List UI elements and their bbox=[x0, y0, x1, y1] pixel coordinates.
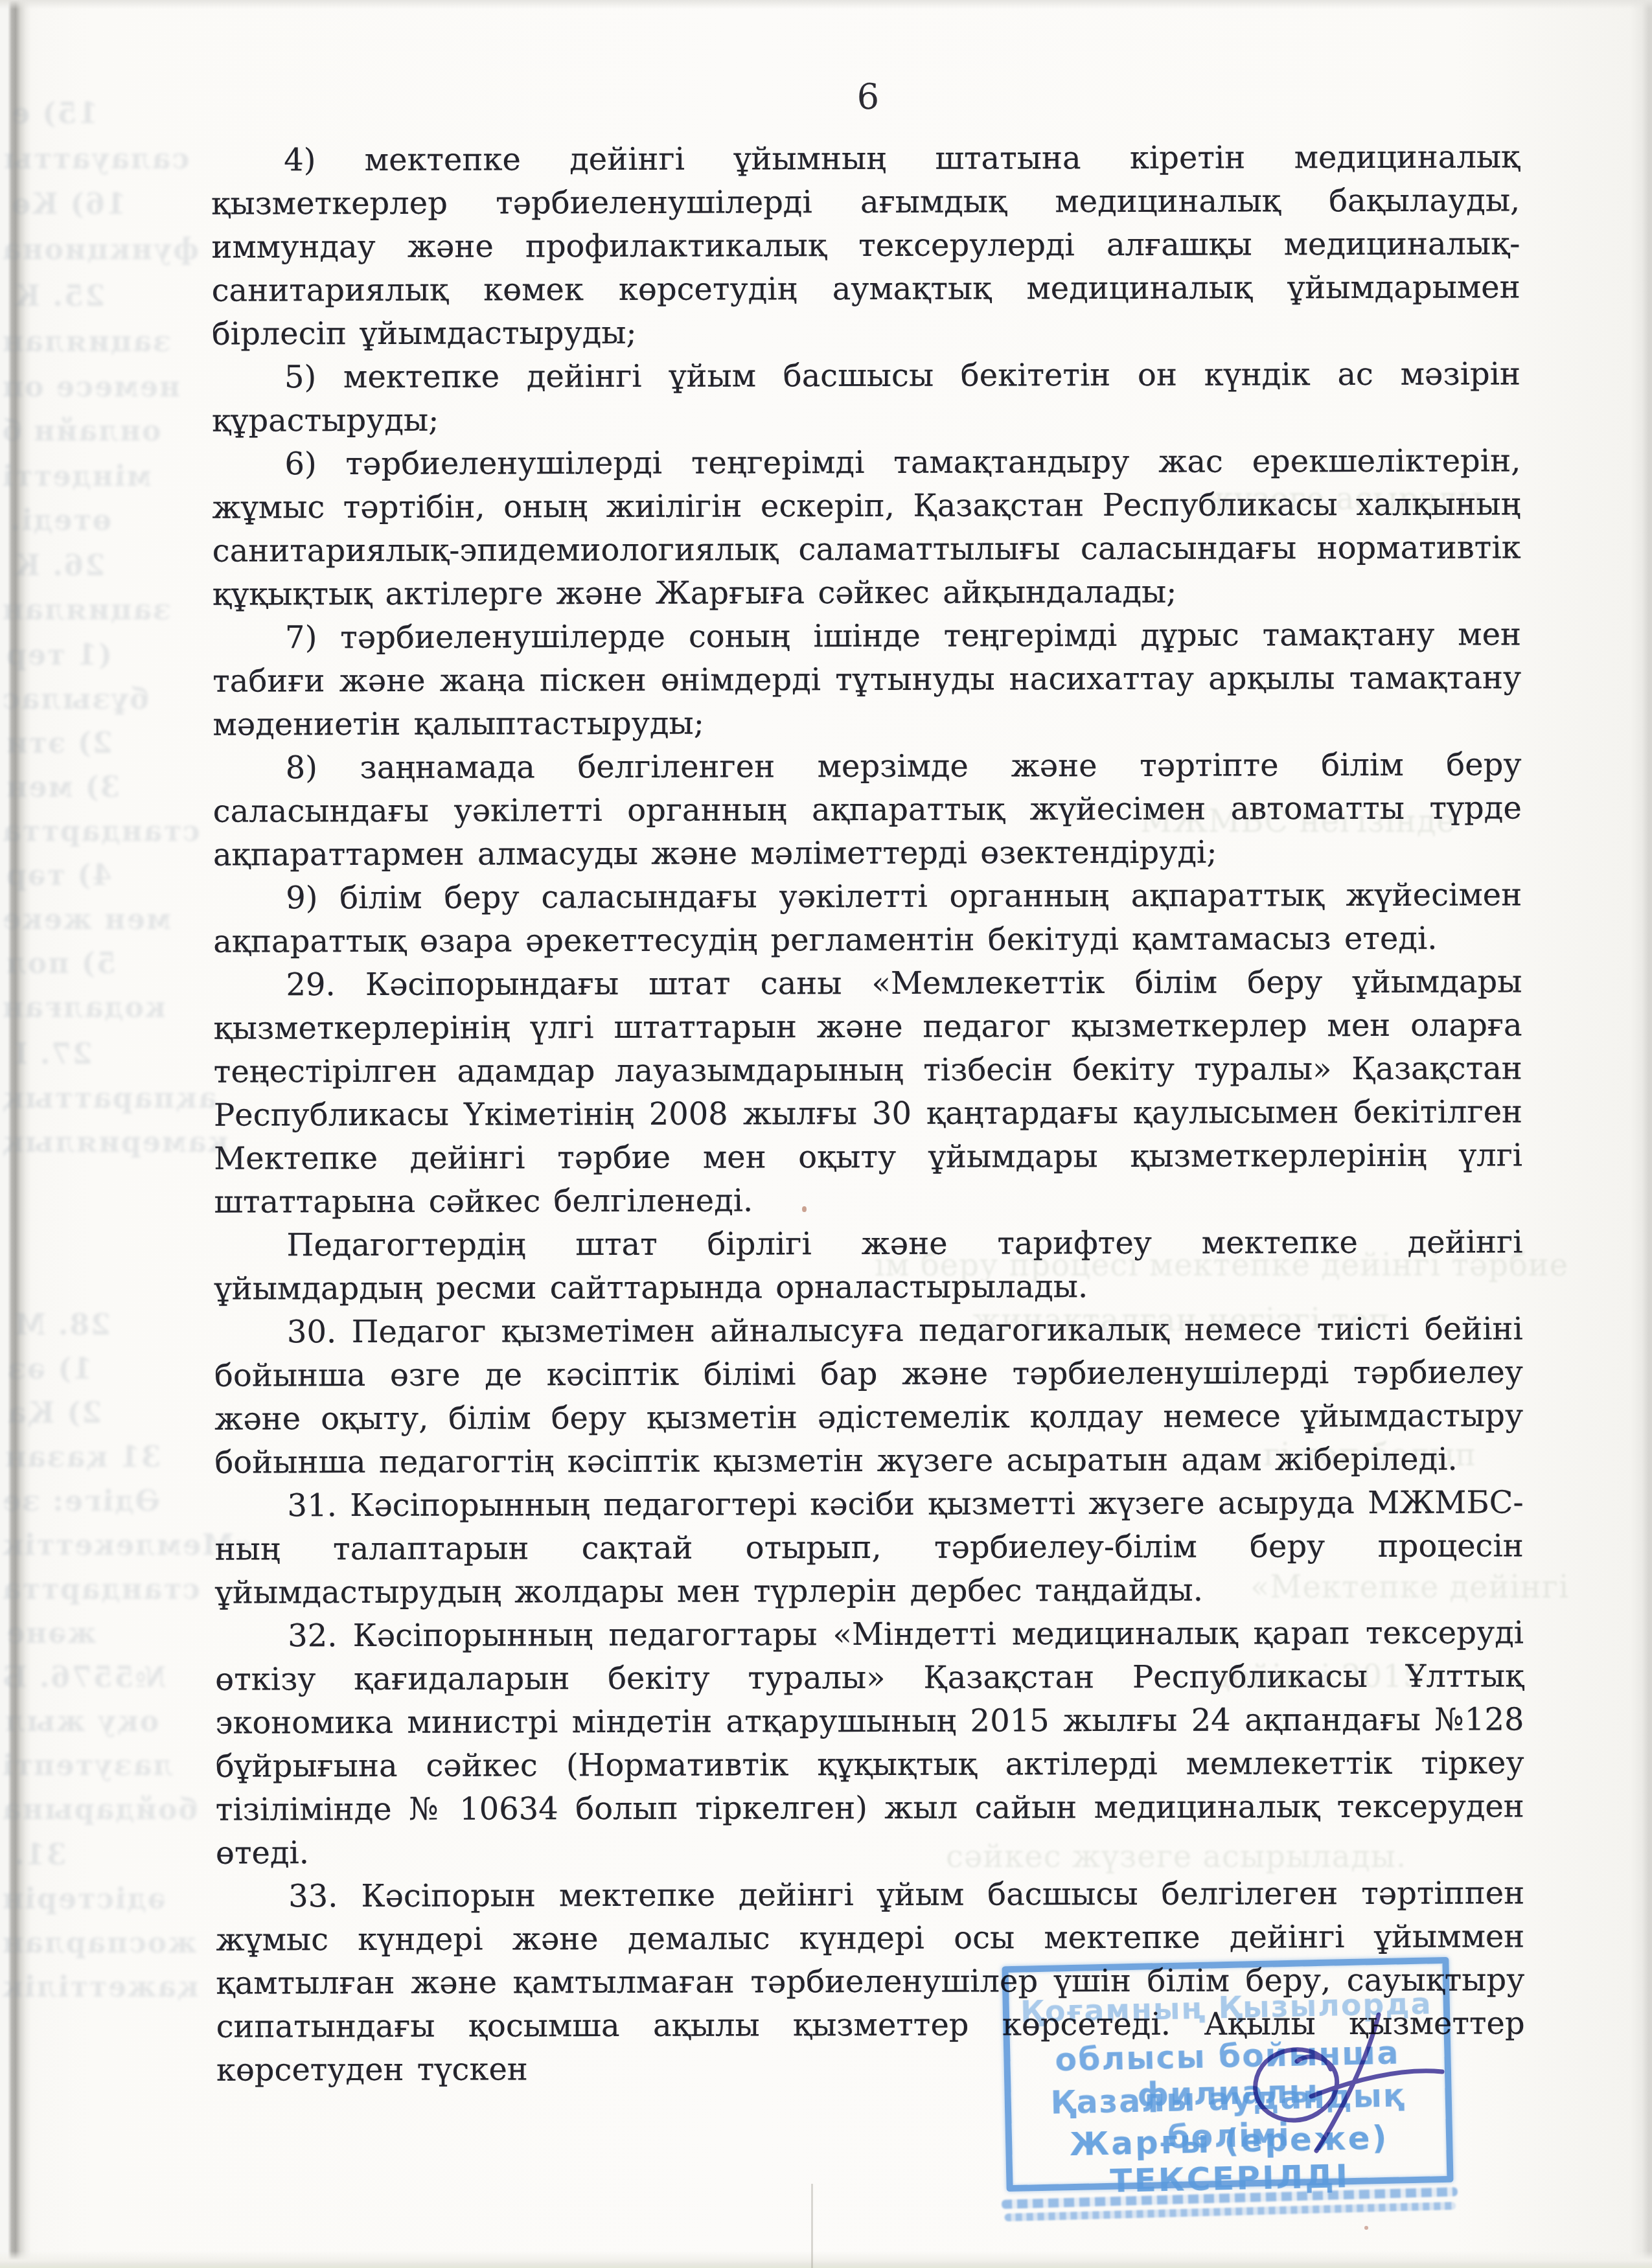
bleedthrough-fragment: №5576. Б bbox=[1, 1661, 166, 1694]
bleedthrough-fragment: стандартта bbox=[1, 1573, 200, 1606]
bleedthrough-fragment: оқу жыл bbox=[4, 1705, 159, 1738]
bleedthrough-fragment: 5) пол bbox=[5, 947, 116, 980]
bleedthrough-fragment: 2) эти bbox=[5, 727, 112, 760]
bleedthrough-fragment: стандартта bbox=[1, 815, 200, 848]
bleedthrough-fragment: онлайн б bbox=[1, 415, 161, 448]
body-paragraph: 8) заңнамада белгіленген мерзімде және т… bbox=[213, 743, 1522, 876]
bleedthrough-fragment: салауатты bbox=[3, 143, 189, 176]
bleedthrough-fragment: 16) Кө bbox=[10, 188, 126, 221]
body-paragraph: 32. Кәсіпорынның педагогтары «Міндетті м… bbox=[215, 1611, 1524, 1875]
body-paragraph: 7) тәрбиеленушілерде соның ішінде теңгер… bbox=[212, 613, 1522, 746]
bleedthrough-fragment: жоспарлан bbox=[1, 1927, 197, 1960]
body-paragraph: 4) мектепке дейінгі ұйымның штатына кіре… bbox=[211, 135, 1520, 356]
body-paragraph: 30. Педагог қызметімен айналысуға педаго… bbox=[214, 1307, 1524, 1484]
bleedthrough-fragment: мен жеке bbox=[1, 903, 171, 936]
signature bbox=[1228, 2007, 1468, 2159]
bleedthrough-fragment: 2) Қа bbox=[6, 1397, 102, 1430]
bleedthrough-fragment: 31. bbox=[13, 1838, 67, 1872]
bleedthrough-fragment: немесе оп bbox=[1, 371, 180, 404]
bleedthrough-fragment: 28. М bbox=[13, 1309, 111, 1342]
bleedthrough-fragment: зациялан bbox=[1, 593, 171, 626]
bleedthrough-fragment: кодалған bbox=[1, 991, 166, 1024]
body-paragraph: Педагогтердің штат бірлігі және тарифтеу… bbox=[214, 1220, 1522, 1311]
bleedthrough-fragment: бойдарына bbox=[1, 1793, 198, 1826]
bleedthrough-fragment: өтеді. bbox=[9, 504, 111, 537]
bleedthrough-fragment: ақпараттық bbox=[1, 1082, 217, 1115]
bleedthrough-fragment: 26. К bbox=[13, 549, 105, 582]
bleedthrough-fragment: міндетті bbox=[1, 460, 152, 493]
bleedthrough-fragment: зациялан bbox=[1, 325, 171, 358]
bleedthrough-fragment: камериялық bbox=[1, 1126, 228, 1159]
bleedthrough-fragment: 31 қазан bbox=[4, 1441, 161, 1474]
bleedthrough-fragment: әдістерін bbox=[1, 1883, 166, 1916]
scanned-document-page: 15) есалауатты16) Көфункциона25. Кзациял… bbox=[0, 0, 1652, 2268]
bleedthrough-fragment: 4) тәр bbox=[5, 859, 112, 892]
signature-tail bbox=[1311, 2071, 1442, 2096]
bleedthrough-fragment: Әдіге: зе bbox=[1, 1485, 160, 1518]
bleedthrough-fragment: 3) мен bbox=[5, 771, 120, 804]
body-paragraph: 5) мектепке дейінгі ұйым басшысы бекітет… bbox=[212, 352, 1520, 442]
bleedthrough-fragment: 27. І bbox=[13, 1038, 92, 1071]
bleedthrough-fragment: және bbox=[5, 1617, 97, 1650]
bleedthrough-fragment: 15) е bbox=[10, 97, 98, 130]
body-paragraph: 29. Кәсіпорындағы штат саны «Мемлекеттік… bbox=[213, 960, 1522, 1224]
bleedthrough-fragment: бұзылас bbox=[1, 683, 148, 716]
document-body: 4) мектепке дейінгі ұйымның штатына кіре… bbox=[211, 135, 1525, 2092]
body-paragraph: 6) тәрбиеленушілерді теңгерімді тамақтан… bbox=[212, 439, 1521, 616]
signature-loop bbox=[1256, 2050, 1337, 2120]
body-paragraph: 31. Кәсіпорынның педагогтері кәсіби қызм… bbox=[214, 1481, 1524, 1614]
bleedthrough-fragment: қажеттілік bbox=[1, 1971, 198, 2004]
bleedthrough-fragment: (1 тер bbox=[5, 639, 112, 672]
page-number: 6 bbox=[214, 76, 1522, 117]
bleedthrough-fragment: 25. К bbox=[13, 280, 105, 313]
bleedthrough-fragment: функциона bbox=[1, 233, 199, 266]
bleedthrough-fragment: 1) әз bbox=[6, 1353, 93, 1386]
bleedthrough-fragment: лазутепті bbox=[1, 1749, 173, 1782]
body-paragraph: 9) білім беру саласындағы уәкілетті орга… bbox=[213, 873, 1522, 963]
